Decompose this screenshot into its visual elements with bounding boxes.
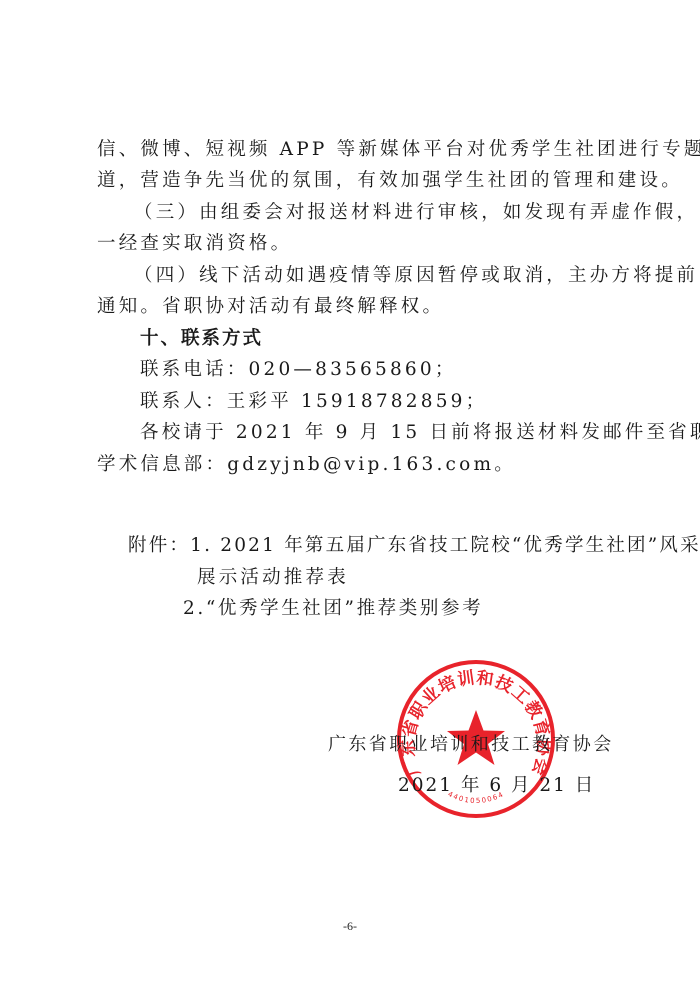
signature-date: 2021 年 6 月 21 日 — [398, 775, 595, 797]
signature-organization: 广东省职业培训和技工教育协会 — [328, 734, 614, 756]
paragraph-line: （三）由组委会对报送材料进行审核，如发现有弄虚作假， — [134, 202, 698, 224]
attachment-item-1-cont: 展示活动推荐表 — [197, 567, 349, 589]
section-heading: 十、联系方式 — [140, 328, 263, 350]
svg-text:广东省职业培训和技工教育协会: 广东省职业培训和技工教育协会 — [398, 667, 554, 779]
contact-phone: 联系电话：020—83565860； — [140, 359, 457, 381]
submission-instruction: 各校请于 2021 年 9 月 15 日前将报送材料发邮件至省职协 — [140, 422, 700, 444]
paragraph-line: 一经查实取消资格。 — [97, 233, 292, 255]
contact-person: 联系人：王彩平 15918782859； — [140, 391, 487, 413]
document-page: 信、微博、短视频 APP 等新媒体平台对优秀学生社团进行专题报 道，营造争先当优… — [0, 0, 700, 990]
paragraph-line: 道，营造争先当优的氛围，有效加强学生社团的管理和建设。 — [97, 170, 683, 192]
attachment-item-1: 附件：1. 2021 年第五届广东省技工院校“优秀学生社团”风采 — [128, 535, 700, 557]
paragraph-line: 信、微博、短视频 APP 等新媒体平台对优秀学生社团进行专题报 — [97, 139, 700, 161]
paragraph-line: 通知。省职协对活动有最终解释权。 — [97, 296, 444, 318]
page-number: -6- — [335, 919, 365, 934]
attachment-item-2: 2.“优秀学生社团”推荐类别参考 — [183, 598, 483, 620]
submission-email: 学术信息部：gdzyjnb@vip.163.com。 — [97, 454, 516, 476]
paragraph-line: （四）线下活动如遇疫情等原因暂停或取消，主办方将提前 — [134, 265, 698, 287]
